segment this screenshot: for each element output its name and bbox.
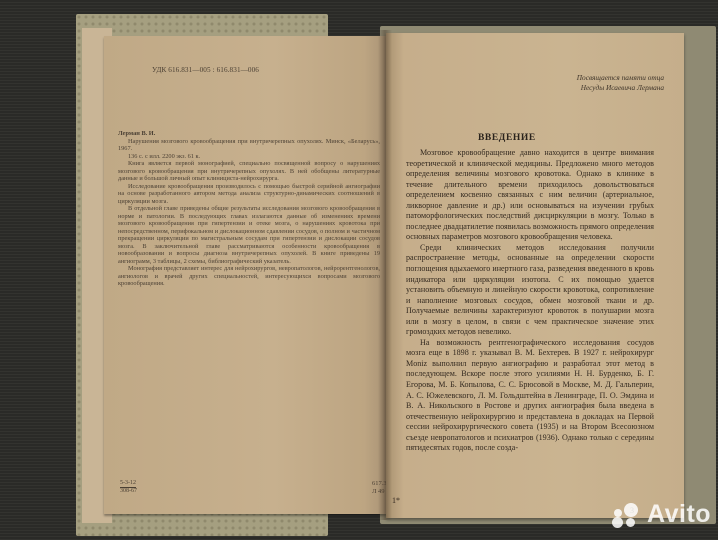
avito-watermark: Avito <box>612 500 711 529</box>
author-name: Лерман В. И. <box>118 130 380 138</box>
intro-paragraph: На возможность рентгенографического иссл… <box>406 338 654 454</box>
left-page: УДК 616.831—005 : 616.831—006 Лерман В. … <box>104 36 387 514</box>
udk-code: УДК 616.831—005 : 616.831—006 <box>152 66 259 74</box>
dedication-line1: Посвящается памяти отца <box>536 73 664 83</box>
introduction-text: Мозговое кровообращение давно находится … <box>406 148 654 454</box>
watermark-text: Avito <box>647 500 711 529</box>
intro-paragraph: Мозговое кровообращение давно находится … <box>406 148 654 243</box>
annotation-paragraph: В отдельной главе приведены общие резуль… <box>118 205 380 265</box>
annotation-paragraph: Монография представляет интерес для нейр… <box>118 265 380 288</box>
bibliographic-annotation: Лерман В. И. Нарушения мозгового кровооб… <box>118 130 380 288</box>
chapter-heading: ВВЕДЕНИЕ <box>478 133 536 143</box>
avito-dots-logo-icon <box>612 503 642 527</box>
intro-paragraph: Среди клинических методов исследования п… <box>406 243 654 338</box>
annotation-paragraph: Исследование кровообращения производилос… <box>118 183 380 206</box>
annotation-title: Нарушения мозгового кровообращения при в… <box>118 138 380 153</box>
dedication: Посвящается памяти отца Несуды Исаевича … <box>536 73 664 93</box>
signature-mark: 1* <box>392 496 400 505</box>
code-denominator: 308-67 <box>120 488 137 494</box>
annotation-paragraph: Книга является первой монографией, специ… <box>118 160 380 183</box>
right-page: Посвящается памяти отца Несуды Исаевича … <box>386 33 684 518</box>
annotation-pages: 136 с. с илл. 2200 экз. 61 к. <box>118 153 380 161</box>
book-spine-gutter <box>378 30 392 520</box>
code-numerator: 5-3-12 <box>120 480 136 488</box>
publication-code: 5-3-12 308-67 <box>120 480 137 495</box>
dedication-line2: Несуды Исаевича Лермана <box>536 83 664 93</box>
